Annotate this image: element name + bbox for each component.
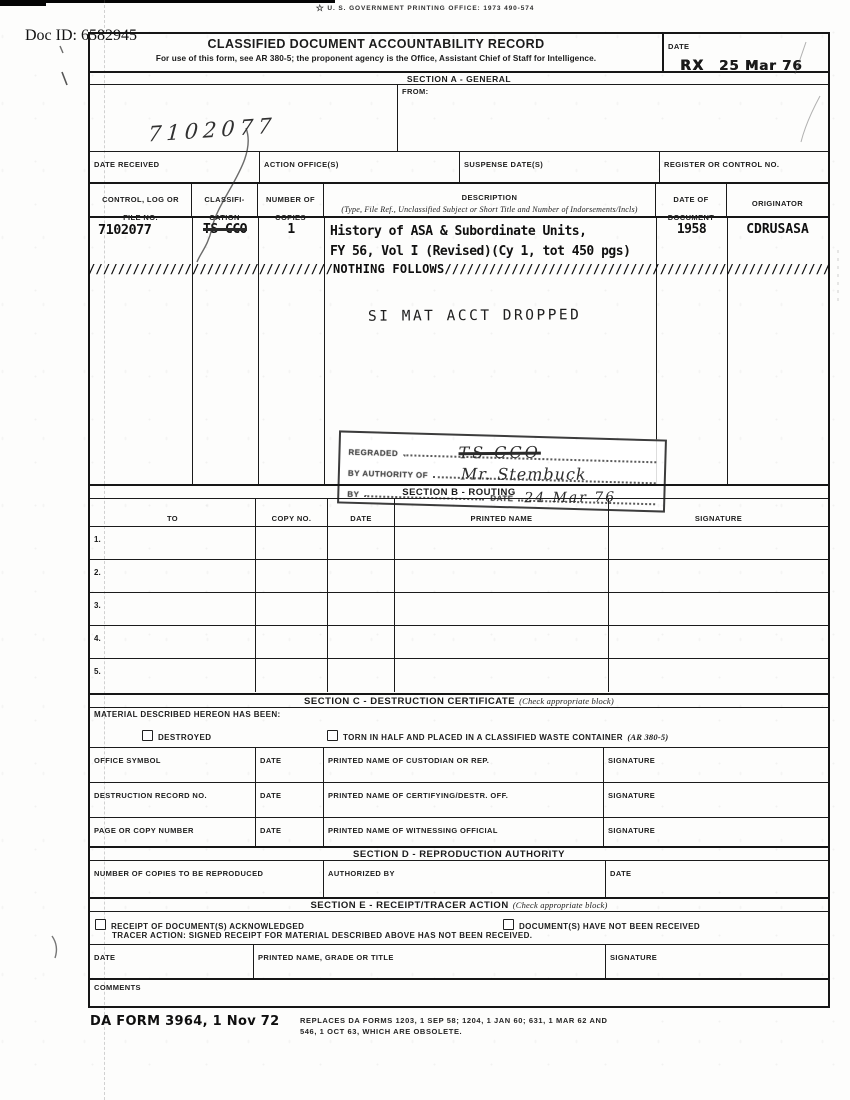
routing-row-3-signature <box>609 593 828 625</box>
pen-mark-bottom-left <box>52 936 56 958</box>
c1-signature-cell: SIGNATURE <box>604 748 828 782</box>
c2-date-label: DATE <box>260 791 281 800</box>
entry-description-line2: FY 56, Vol I (Revised)(Cy 1, tot 450 pgs… <box>330 242 665 262</box>
entry-copies: 1 <box>258 222 324 237</box>
e-date-label: DATE <box>94 953 115 962</box>
c2-date-cell: DATE <box>256 783 324 817</box>
entry-description: History of ASA & Subordinate Units, FY 5… <box>330 222 665 262</box>
date-stamp-code: RX <box>680 58 705 74</box>
routing-row-3-date <box>328 593 395 625</box>
authorized-by-label: AUTHORIZED BY <box>328 869 395 878</box>
routing-row-4-date <box>328 626 395 658</box>
custodian-name-cell: PRINTED NAME OF CUSTODIAN OR REP. <box>324 748 604 782</box>
tracer-action-text: TRACER ACTION: SIGNED RECEIPT FOR MATERI… <box>112 931 532 941</box>
col-date-header: DATE OF DOCUMENT <box>656 184 727 216</box>
register-control-cell: REGISTER OR CONTROL NO. <box>660 152 828 182</box>
section-c-heading-note: (Check appropriate block) <box>519 696 614 706</box>
destruction-row-3: PAGE OR COPY NUMBER DATE PRINTED NAME OF… <box>90 818 828 846</box>
routing-row-2-to: 2. <box>90 560 256 592</box>
c3-signature-label: SIGNATURE <box>608 826 655 835</box>
doc-id: Doc ID: 6582945 <box>25 27 137 45</box>
section-b-heading: SECTION B - ROUTING <box>90 484 828 499</box>
torn-option-label: TORN IN HALF AND PLACED IN A CLASSIFIED … <box>343 733 623 742</box>
col-control-header: CONTROL, LOG OR FILE NO. <box>90 184 192 216</box>
routing-row-2-date <box>328 560 395 592</box>
certifying-name-cell: PRINTED NAME OF CERTIFYING/DESTR. OFF. <box>324 783 604 817</box>
routing-row-2-signature <box>609 560 828 592</box>
c1-date-label: DATE <box>260 756 281 765</box>
witnessing-name-label: PRINTED NAME OF WITNESSING OFFICIAL <box>328 826 498 835</box>
e-name-label: PRINTED NAME, GRADE OR TITLE <box>258 953 394 962</box>
routing-row-5: 5. <box>90 659 828 692</box>
si-mat-annotation: SI MAT ACCT DROPPED <box>368 307 581 324</box>
routing-row-4-to: 4. <box>90 626 256 658</box>
b-col-name: PRINTED NAME <box>395 499 609 526</box>
routing-row-1-name <box>395 527 609 559</box>
pen-mark-left-2 <box>60 46 63 53</box>
comments-label: COMMENTS <box>94 983 141 992</box>
table-vline-5 <box>727 218 728 484</box>
routing-row-1-signature <box>609 527 828 559</box>
routing-row-5-date <box>328 659 395 692</box>
table-vline-1 <box>192 218 193 484</box>
authority-label: BY AUTHORITY OF <box>348 469 428 480</box>
action-offices-label: ACTION OFFICE(S) <box>264 160 339 169</box>
scanned-document-page: ☆ U. S. GOVERNMENT PRINTING OFFICE: 1973… <box>0 0 850 1100</box>
section-e-options: RECEIPT OF DOCUMENT(S) ACKNOWLEDGED DOCU… <box>90 912 828 930</box>
page-copy-label: PAGE OR COPY NUMBER <box>94 826 194 835</box>
suspense-dates-label: SUSPENSE DATE(S) <box>464 160 543 169</box>
b-col-name-label: PRINTED NAME <box>471 514 533 523</box>
form-header: CLASSIFIED DOCUMENT ACCOUNTABILITY RECOR… <box>90 34 828 73</box>
section-d-heading-text: SECTION D - REPRODUCTION AUTHORITY <box>353 849 565 860</box>
c3-date-cell: DATE <box>256 818 324 846</box>
replaces-note-line2: 546, 1 OCT 63, WHICH ARE OBSOLETE. <box>300 1026 740 1037</box>
form-number: DA FORM 3964, 1 Nov 72 <box>90 1014 280 1029</box>
destroyed-option: DESTROYED <box>142 727 211 745</box>
col-classification-header: CLASSIFI-CATION <box>192 184 258 216</box>
routing-row-2: 2. <box>90 560 828 593</box>
suspense-dates-cell: SUSPENSE DATE(S) <box>460 152 660 182</box>
register-control-label: REGISTER OR CONTROL NO. <box>664 160 779 169</box>
copies-reproduced-cell: NUMBER OF COPIES TO BE REPRODUCED <box>90 861 324 897</box>
section-c-options: DESTROYED TORN IN HALF AND PLACED IN A C… <box>90 722 828 748</box>
destruction-row-2: DESTRUCTION RECORD NO. DATE PRINTED NAME… <box>90 783 828 818</box>
routing-row-1-to: 1. <box>90 527 256 559</box>
nothing-follows-line: /////////////////////////////////NOTHING… <box>88 262 830 276</box>
regraded-handwritten-value: TS CCO <box>458 443 540 463</box>
printing-office-text: U. S. GOVERNMENT PRINTING OFFICE: 1973 4… <box>327 5 534 12</box>
c2-signature-cell: SIGNATURE <box>604 783 828 817</box>
col-description-label: DESCRIPTION <box>462 193 518 202</box>
witnessing-name-cell: PRINTED NAME OF WITNESSING OFFICIAL <box>324 818 604 846</box>
e-name-cell: PRINTED NAME, GRADE OR TITLE <box>254 945 606 978</box>
b-col-signature: SIGNATURE <box>609 499 828 526</box>
c1-signature-label: SIGNATURE <box>608 756 655 765</box>
routing-row-2-name <box>395 560 609 592</box>
col-description-note: (Type, File Ref., Unclassified Subject o… <box>328 205 651 215</box>
replaces-note-line1: REPLACES DA FORMS 1203, 1 SEP 58; 1204, … <box>300 1015 740 1026</box>
destroyed-option-label: DESTROYED <box>158 733 211 742</box>
col-description-header: DESCRIPTION (Type, File Ref., Unclassifi… <box>324 184 656 216</box>
section-e-heading: SECTION E - RECEIPT/TRACER ACTION (Check… <box>90 897 828 912</box>
b-col-to: TO <box>90 499 256 526</box>
date-received-label: DATE RECEIVED <box>94 160 160 169</box>
form-title: CLASSIFIED DOCUMENT ACCOUNTABILITY RECOR… <box>94 37 658 51</box>
date-stamp-value: 25 Mar 76 <box>719 58 802 74</box>
tracer-action-line: TRACER ACTION: SIGNED RECEIPT FOR MATERI… <box>90 930 828 944</box>
b-col-to-label: TO <box>167 514 178 523</box>
section-c-heading: SECTION C - DESTRUCTION CERTIFICATE (Che… <box>90 693 828 708</box>
routing-row-3-to: 3. <box>90 593 256 625</box>
date-received-cell: DATE RECEIVED <box>90 152 260 182</box>
b-col-date: DATE <box>328 499 395 526</box>
entry-control: 7102077 <box>98 222 151 238</box>
reproduction-row: NUMBER OF COPIES TO BE REPRODUCED AUTHOR… <box>90 861 828 897</box>
section-a-heading-text: SECTION A - GENERAL <box>407 74 511 84</box>
c3-signature-cell: SIGNATURE <box>604 818 828 846</box>
section-a-fields-row: DATE RECEIVED ACTION OFFICE(S) SUSPENSE … <box>90 152 828 184</box>
authority-handwritten-value: Mr. Stembuck <box>461 465 587 484</box>
c1-date-cell: DATE <box>256 748 324 782</box>
c3-date-label: DATE <box>260 826 281 835</box>
certifying-name-label: PRINTED NAME OF CERTIFYING/DESTR. OFF. <box>328 791 508 800</box>
routing-row-2-number: 2. <box>94 568 101 577</box>
entry-date: 1958 <box>656 222 727 237</box>
b-col-copy-label: COPY NO. <box>272 514 312 523</box>
document-table-header: CONTROL, LOG OR FILE NO. CLASSIFI-CATION… <box>90 184 828 218</box>
routing-row-4-name <box>395 626 609 658</box>
b-col-copy: COPY NO. <box>256 499 328 526</box>
not-received-checkbox <box>503 919 514 930</box>
col-originator-label: ORIGINATOR <box>752 199 803 208</box>
section-a-heading: SECTION A - GENERAL <box>90 73 828 85</box>
col-originator-header: ORIGINATOR <box>727 184 828 216</box>
e-date-cell: DATE <box>90 945 254 978</box>
section-e-heading-text: SECTION E - RECEIPT/TRACER ACTION <box>310 900 508 911</box>
authorized-by-cell: AUTHORIZED BY <box>324 861 606 897</box>
document-table-body: 7102077 TS-CCO 1 History of ASA & Subord… <box>90 218 828 484</box>
star-icon: ☆ <box>316 3 325 13</box>
pen-mark-left-1 <box>62 72 67 85</box>
destruction-record-label: DESTRUCTION RECORD NO. <box>94 791 207 800</box>
replaces-note: REPLACES DA FORMS 1203, 1 SEP 58; 1204, … <box>300 1015 740 1038</box>
from-divider <box>397 85 398 151</box>
col-copies-header: NUMBER OF COPIES <box>258 184 324 216</box>
torn-option-note: (AR 380-5) <box>627 732 668 742</box>
routing-row-4-copy <box>256 626 328 658</box>
destruction-row-1: OFFICE SYMBOL DATE PRINTED NAME OF CUSTO… <box>90 748 828 783</box>
section-c-intro: MATERIAL DESCRIBED HEREON HAS BEEN: <box>90 708 828 722</box>
routing-row-2-copy <box>256 560 328 592</box>
from-label: FROM: <box>402 87 429 96</box>
routing-row-5-to: 5. <box>90 659 256 692</box>
routing-row-4-number: 4. <box>94 634 101 643</box>
routing-row-5-number: 5. <box>94 667 101 676</box>
action-offices-cell: ACTION OFFICE(S) <box>260 152 460 182</box>
printing-office-line: ☆ U. S. GOVERNMENT PRINTING OFFICE: 1973… <box>0 3 850 14</box>
comments-row: COMMENTS <box>90 980 828 1008</box>
entry-description-line1: History of ASA & Subordinate Units, <box>330 222 665 242</box>
page-copy-cell: PAGE OR COPY NUMBER <box>90 818 256 846</box>
form-title-cell: CLASSIFIED DOCUMENT ACCOUNTABILITY RECOR… <box>90 34 664 71</box>
section-b-column-header: TO COPY NO. DATE PRINTED NAME SIGNATURE <box>90 499 828 527</box>
office-symbol-cell: OFFICE SYMBOL <box>90 748 256 782</box>
torn-checkbox <box>327 730 338 741</box>
routing-row-1-number: 1. <box>94 535 101 544</box>
e-signature-cell: SIGNATURE <box>606 945 828 978</box>
b-col-date-label: DATE <box>350 514 371 523</box>
routing-row-5-name <box>395 659 609 692</box>
routing-row-4-signature <box>609 626 828 658</box>
section-c-heading-text: SECTION C - DESTRUCTION CERTIFICATE <box>304 696 515 707</box>
routing-row-5-signature <box>609 659 828 692</box>
receipt-acknowledged-checkbox <box>95 919 106 930</box>
destruction-record-cell: DESTRUCTION RECORD NO. <box>90 783 256 817</box>
destroyed-checkbox <box>142 730 153 741</box>
office-symbol-label: OFFICE SYMBOL <box>94 756 161 765</box>
table-vline-2 <box>258 218 259 484</box>
b-col-signature-label: SIGNATURE <box>695 514 742 523</box>
form-subtitle: For use of this form, see AR 380-5; the … <box>94 54 658 65</box>
section-d-heading: SECTION D - REPRODUCTION AUTHORITY <box>90 846 828 861</box>
da-form-3964: CLASSIFIED DOCUMENT ACCOUNTABILITY RECOR… <box>88 32 830 1008</box>
section-c-intro-text: MATERIAL DESCRIBED HEREON HAS BEEN: <box>94 710 281 720</box>
d-date-cell: DATE <box>606 861 828 897</box>
section-e-heading-note: (Check appropriate block) <box>513 900 608 910</box>
routing-row-3-name <box>395 593 609 625</box>
custodian-name-label: PRINTED NAME OF CUSTODIAN OR REP. <box>328 756 489 765</box>
entry-originator: CDRUSASA <box>727 222 828 237</box>
routing-row-3-copy <box>256 593 328 625</box>
e-signature-label: SIGNATURE <box>610 953 657 962</box>
c2-signature-label: SIGNATURE <box>608 791 655 800</box>
routing-row-1: 1. <box>90 527 828 560</box>
table-vline-3 <box>324 218 325 484</box>
routing-row-1-copy <box>256 527 328 559</box>
section-b-heading-text: SECTION B - ROUTING <box>402 487 515 498</box>
routing-row-5-copy <box>256 659 328 692</box>
date-label: DATE <box>668 42 689 51</box>
routing-row-3-number: 3. <box>94 601 101 610</box>
entry-classification: TS-CCO <box>192 222 258 237</box>
form-date-cell: DATE RX 25 Mar 76 <box>664 34 828 71</box>
routing-row-3: 3. <box>90 593 828 626</box>
copies-reproduced-label: NUMBER OF COPIES TO BE REPRODUCED <box>94 869 263 878</box>
receipt-row: DATE PRINTED NAME, GRADE OR TITLE SIGNAT… <box>90 944 828 980</box>
routing-row-1-date <box>328 527 395 559</box>
routing-row-4: 4. <box>90 626 828 659</box>
regraded-label: REGRADED <box>348 448 398 458</box>
d-date-label: DATE <box>610 869 631 878</box>
torn-option: TORN IN HALF AND PLACED IN A CLASSIFIED … <box>327 727 668 745</box>
